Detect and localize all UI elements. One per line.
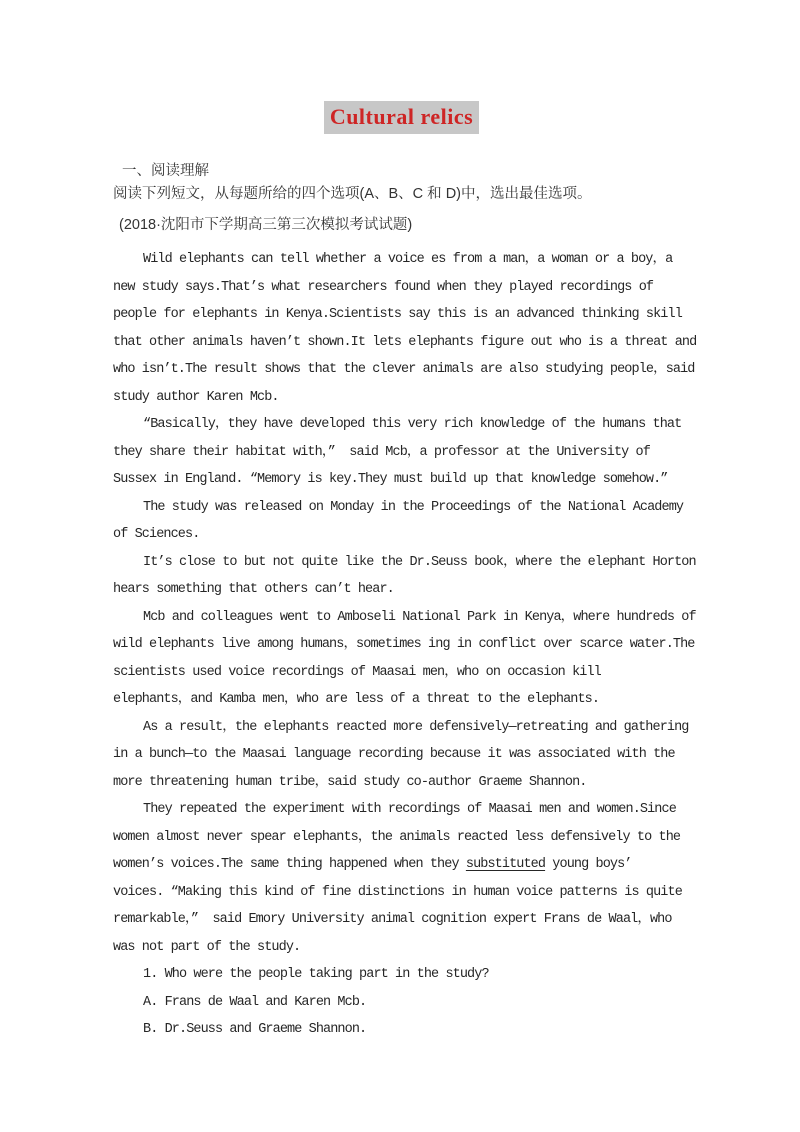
passage-line: The study was released on Monday in the …	[113, 494, 690, 522]
passage-line: of Sciences.	[113, 521, 690, 549]
passage-line: they share their habitat with，” said Mcb…	[113, 439, 690, 467]
question-block: 1. Who were the people taking part in th…	[113, 961, 690, 1044]
reading-passage: Wild elephants can tell whether a voice …	[113, 246, 690, 961]
passage-line: that other animals haven’t shown.It lets…	[113, 329, 690, 357]
passage-line: It’s close to but not quite like the Dr.…	[113, 549, 690, 577]
question-text: 1. Who were the people taking part in th…	[113, 961, 690, 989]
passage-line: new study says.That’s what researchers f…	[113, 274, 690, 302]
passage-line: Mcb and colleagues went to Amboseli Nati…	[113, 604, 690, 632]
underlined-word: substituted	[466, 857, 545, 872]
document-page: Cultural relics 一、阅读理解 阅读下列短文，从每题所给的四个选项…	[0, 101, 800, 1044]
answer-option: B. Dr.Seuss and Graeme Shannon.	[113, 1016, 690, 1044]
passage-line: in a bunch—to the Maasai language record…	[113, 741, 690, 769]
exam-source: (2018·沈阳市下学期高三第三次模拟考试试题)	[113, 214, 690, 236]
passage-line: was not part of the study.	[113, 934, 690, 962]
passage-line: women almost never spear elephants，the a…	[113, 824, 690, 852]
passage-line: “Basically，they have developed this very…	[113, 411, 690, 439]
section-heading: 一、阅读理解	[113, 161, 690, 182]
passage-line: who isn’t.The result shows that the clev…	[113, 356, 690, 384]
passage-line: elephants，and Kamba men，who are less of …	[113, 686, 690, 714]
passage-line: remarkable，” said Emory University anima…	[113, 906, 690, 934]
passage-line: study author Karen Mcb.	[113, 384, 690, 412]
passage-line: Wild elephants can tell whether a voice …	[113, 246, 690, 274]
passage-line: women’s voices.The same thing happened w…	[113, 851, 690, 879]
passage-line: scientists used voice recordings of Maas…	[113, 659, 690, 687]
passage-line: wild elephants live among humans，sometim…	[113, 631, 690, 659]
passage-line: people for elephants in Kenya.Scientists…	[113, 301, 690, 329]
passage-line: more threatening human tribe，said study …	[113, 769, 690, 797]
passage-line: voices. “Making this kind of fine distin…	[113, 879, 690, 907]
passage-line: As a result，the elephants reacted more d…	[113, 714, 690, 742]
passage-line: hears something that others can’t hear.	[113, 576, 690, 604]
answer-option: A. Frans de Waal and Karen Mcb.	[113, 989, 690, 1017]
passage-line: They repeated the experiment with record…	[113, 796, 690, 824]
passage-text: women’s voices.The same thing happened w…	[113, 857, 466, 872]
page-title: Cultural relics	[324, 101, 479, 134]
passage-text: young boys’	[545, 857, 631, 872]
section-instructions: 阅读下列短文，从每题所给的四个选项(A、B、C 和 D)中，选出最佳选项。	[113, 184, 690, 205]
title-line: Cultural relics	[113, 101, 690, 137]
passage-line: Sussex in England. “Memory is key.They m…	[113, 466, 690, 494]
